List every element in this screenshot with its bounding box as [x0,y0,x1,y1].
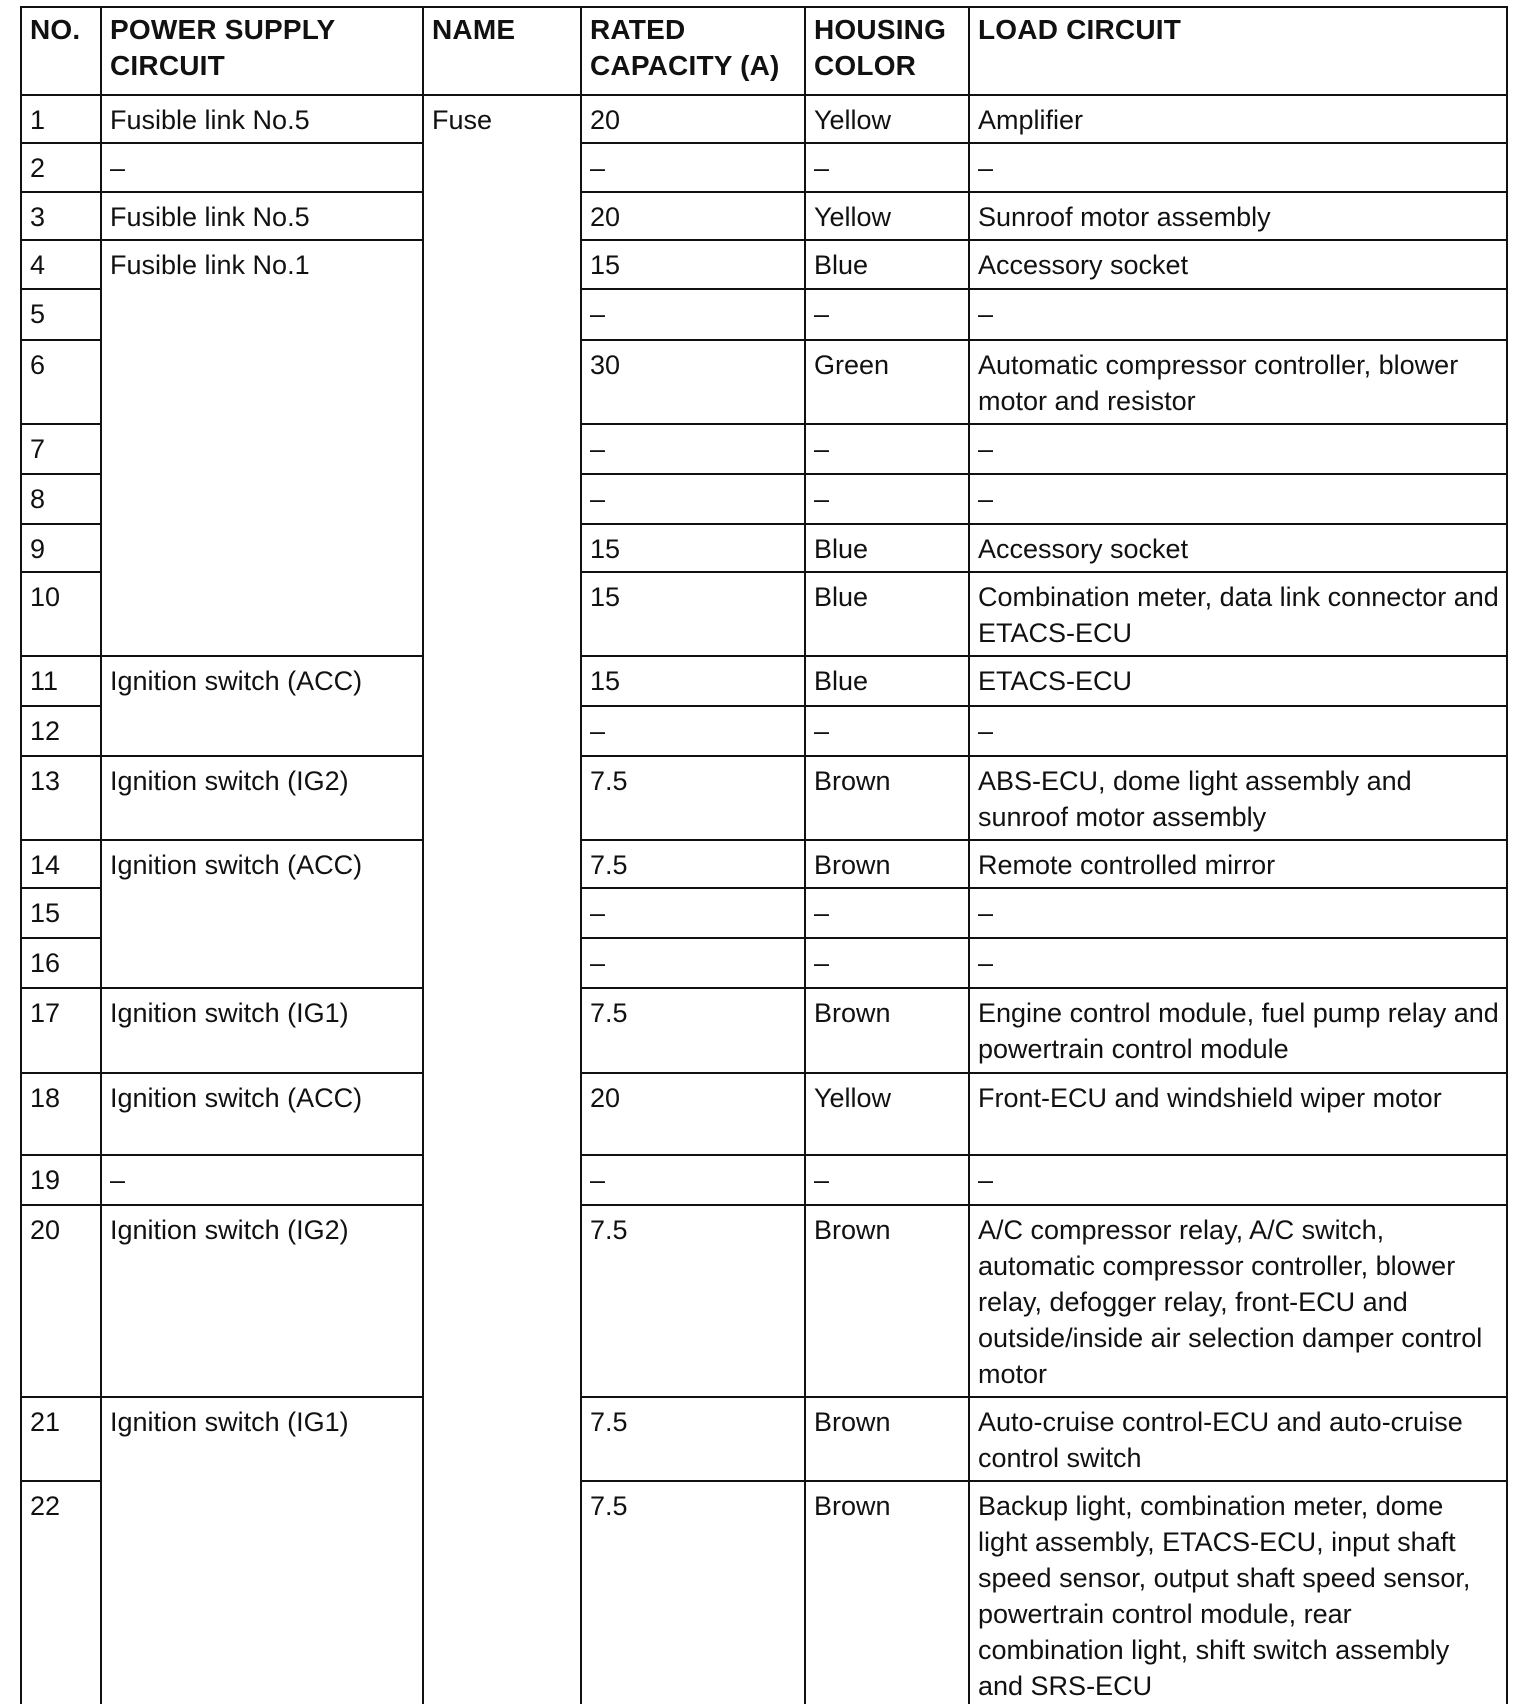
fuse-number-cell: 14 [21,840,101,888]
table-row: 19–––– [21,1155,1507,1205]
table-row: 3Fusible link No.520YellowSunroof motor … [21,192,1507,240]
load-circuit-cell: Engine control module, fuel pump relay a… [969,988,1507,1073]
housing-color-cell: Yellow [805,192,969,240]
load-circuit-cell: Backup light, combination meter, dome li… [969,1481,1507,1704]
housing-color-cell: Blue [805,240,969,289]
rated-capacity-cell: 7.5 [581,1481,805,1704]
load-circuit-cell: Remote controlled mirror [969,840,1507,888]
fuse-number-cell: 20 [21,1205,101,1397]
fuse-number-cell: 1 [21,95,101,143]
rated-capacity-cell: – [581,938,805,988]
load-circuit-cell: – [969,888,1507,938]
rated-capacity-cell: – [581,474,805,524]
load-circuit-cell: Auto-cruise control-ECU and auto-cruise … [969,1397,1507,1481]
load-circuit-cell: Accessory socket [969,240,1507,289]
housing-color-cell: Brown [805,1397,969,1481]
rated-capacity-cell: 20 [581,1073,805,1155]
table-row: 4Fusible link No.115BlueAccessory socket [21,240,1507,289]
power-supply-circuit-cell: Ignition switch (IG2) [101,756,423,840]
fuse-number-cell: 16 [21,938,101,988]
table-row: 14Ignition switch (ACC)7.5BrownRemote co… [21,840,1507,888]
load-circuit-cell: – [969,474,1507,524]
housing-color-cell: Blue [805,572,969,656]
fuse-number-cell: 12 [21,706,101,756]
fuse-number-cell: 9 [21,524,101,572]
fuse-number-cell: 3 [21,192,101,240]
fuse-number-cell: 11 [21,656,101,706]
fuse-number-cell: 5 [21,289,101,340]
housing-color-cell: – [805,289,969,340]
housing-color-cell: – [805,424,969,474]
load-circuit-cell: Sunroof motor assembly [969,192,1507,240]
rated-capacity-cell: 15 [581,656,805,706]
power-supply-circuit-cell: – [101,1155,423,1205]
housing-color-cell: – [805,143,969,192]
fuse-number-cell: 21 [21,1397,101,1481]
table-row: 11Ignition switch (ACC)15BlueETACS-ECU [21,656,1507,706]
power-supply-circuit-cell: Ignition switch (ACC) [101,840,423,988]
header-no: NO. [21,7,101,95]
load-circuit-cell: ETACS-ECU [969,656,1507,706]
load-circuit-cell: Amplifier [969,95,1507,143]
rated-capacity-cell: 7.5 [581,1397,805,1481]
rated-capacity-cell: – [581,143,805,192]
load-circuit-cell: – [969,424,1507,474]
rated-capacity-cell: – [581,888,805,938]
power-supply-circuit-cell: Ignition switch (IG1) [101,1397,423,1704]
housing-color-cell: Brown [805,1481,969,1704]
housing-color-cell: – [805,474,969,524]
fuse-number-cell: 18 [21,1073,101,1155]
header-load-circuit: LOAD CIRCUIT [969,7,1507,95]
housing-color-cell: – [805,938,969,988]
rated-capacity-cell: – [581,289,805,340]
rated-capacity-cell: 7.5 [581,840,805,888]
rated-capacity-cell: 15 [581,572,805,656]
rated-capacity-cell: – [581,424,805,474]
header-name: NAME [423,7,581,95]
table-header-row: NO. POWER SUPPLY CIRCUIT NAME RATED CAPA… [21,7,1507,95]
housing-color-cell: Brown [805,988,969,1073]
housing-color-cell: – [805,888,969,938]
load-circuit-cell: – [969,706,1507,756]
power-supply-circuit-cell: Ignition switch (IG2) [101,1205,423,1397]
table-row: 20Ignition switch (IG2)7.5BrownA/C compr… [21,1205,1507,1397]
power-supply-circuit-cell: Ignition switch (ACC) [101,1073,423,1155]
load-circuit-cell: – [969,289,1507,340]
housing-color-cell: Blue [805,524,969,572]
fuse-number-cell: 22 [21,1481,101,1704]
housing-color-cell: – [805,1155,969,1205]
housing-color-cell: Yellow [805,95,969,143]
housing-color-cell: Blue [805,656,969,706]
table-row: 1Fusible link No.5Fuse20YellowAmplifier [21,95,1507,143]
fuse-number-cell: 8 [21,474,101,524]
name-cell: Fuse [423,95,581,1704]
header-power-supply-circuit: POWER SUPPLY CIRCUIT [101,7,423,95]
table-row: 2–––– [21,143,1507,192]
power-supply-circuit-cell: Fusible link No.5 [101,95,423,143]
table-row: 13Ignition switch (IG2)7.5BrownABS-ECU, … [21,756,1507,840]
table-row: 17Ignition switch (IG1)7.5BrownEngine co… [21,988,1507,1073]
header-rated-capacity: RATED CAPACITY (A) [581,7,805,95]
load-circuit-cell: – [969,938,1507,988]
load-circuit-cell: ABS-ECU, dome light assembly and sunroof… [969,756,1507,840]
power-supply-circuit-cell: Ignition switch (ACC) [101,656,423,756]
housing-color-cell: Brown [805,756,969,840]
load-circuit-cell: Accessory socket [969,524,1507,572]
fuse-number-cell: 19 [21,1155,101,1205]
fuse-number-cell: 4 [21,240,101,289]
fuse-number-cell: 10 [21,572,101,656]
header-housing-color: HOUSING COLOR [805,7,969,95]
power-supply-circuit-cell: Fusible link No.1 [101,240,423,656]
table-body: 1Fusible link No.5Fuse20YellowAmplifier2… [21,95,1507,1704]
rated-capacity-cell: 7.5 [581,1205,805,1397]
fuse-number-cell: 2 [21,143,101,192]
rated-capacity-cell: 15 [581,524,805,572]
power-supply-circuit-cell: Ignition switch (IG1) [101,988,423,1073]
load-circuit-cell: A/C compressor relay, A/C switch, automa… [969,1205,1507,1397]
fuse-specification-table: NO. POWER SUPPLY CIRCUIT NAME RATED CAPA… [20,6,1508,1704]
housing-color-cell: Brown [805,1205,969,1397]
fuse-number-cell: 17 [21,988,101,1073]
load-circuit-cell: Combination meter, data link connector a… [969,572,1507,656]
load-circuit-cell: – [969,143,1507,192]
rated-capacity-cell: 7.5 [581,988,805,1073]
table-row: 21Ignition switch (IG1)7.5BrownAuto-crui… [21,1397,1507,1481]
rated-capacity-cell: – [581,1155,805,1205]
fuse-number-cell: 15 [21,888,101,938]
housing-color-cell: Yellow [805,1073,969,1155]
load-circuit-cell: – [969,1155,1507,1205]
rated-capacity-cell: 30 [581,340,805,424]
fuse-number-cell: 7 [21,424,101,474]
rated-capacity-cell: – [581,706,805,756]
rated-capacity-cell: 7.5 [581,756,805,840]
fuse-number-cell: 6 [21,340,101,424]
load-circuit-cell: Front-ECU and windshield wiper motor [969,1073,1507,1155]
power-supply-circuit-cell: – [101,143,423,192]
table-row: 18Ignition switch (ACC)20YellowFront-ECU… [21,1073,1507,1155]
rated-capacity-cell: 20 [581,95,805,143]
fuse-number-cell: 13 [21,756,101,840]
power-supply-circuit-cell: Fusible link No.5 [101,192,423,240]
housing-color-cell: – [805,706,969,756]
rated-capacity-cell: 15 [581,240,805,289]
rated-capacity-cell: 20 [581,192,805,240]
housing-color-cell: Brown [805,840,969,888]
housing-color-cell: Green [805,340,969,424]
load-circuit-cell: Automatic compressor controller, blower … [969,340,1507,424]
